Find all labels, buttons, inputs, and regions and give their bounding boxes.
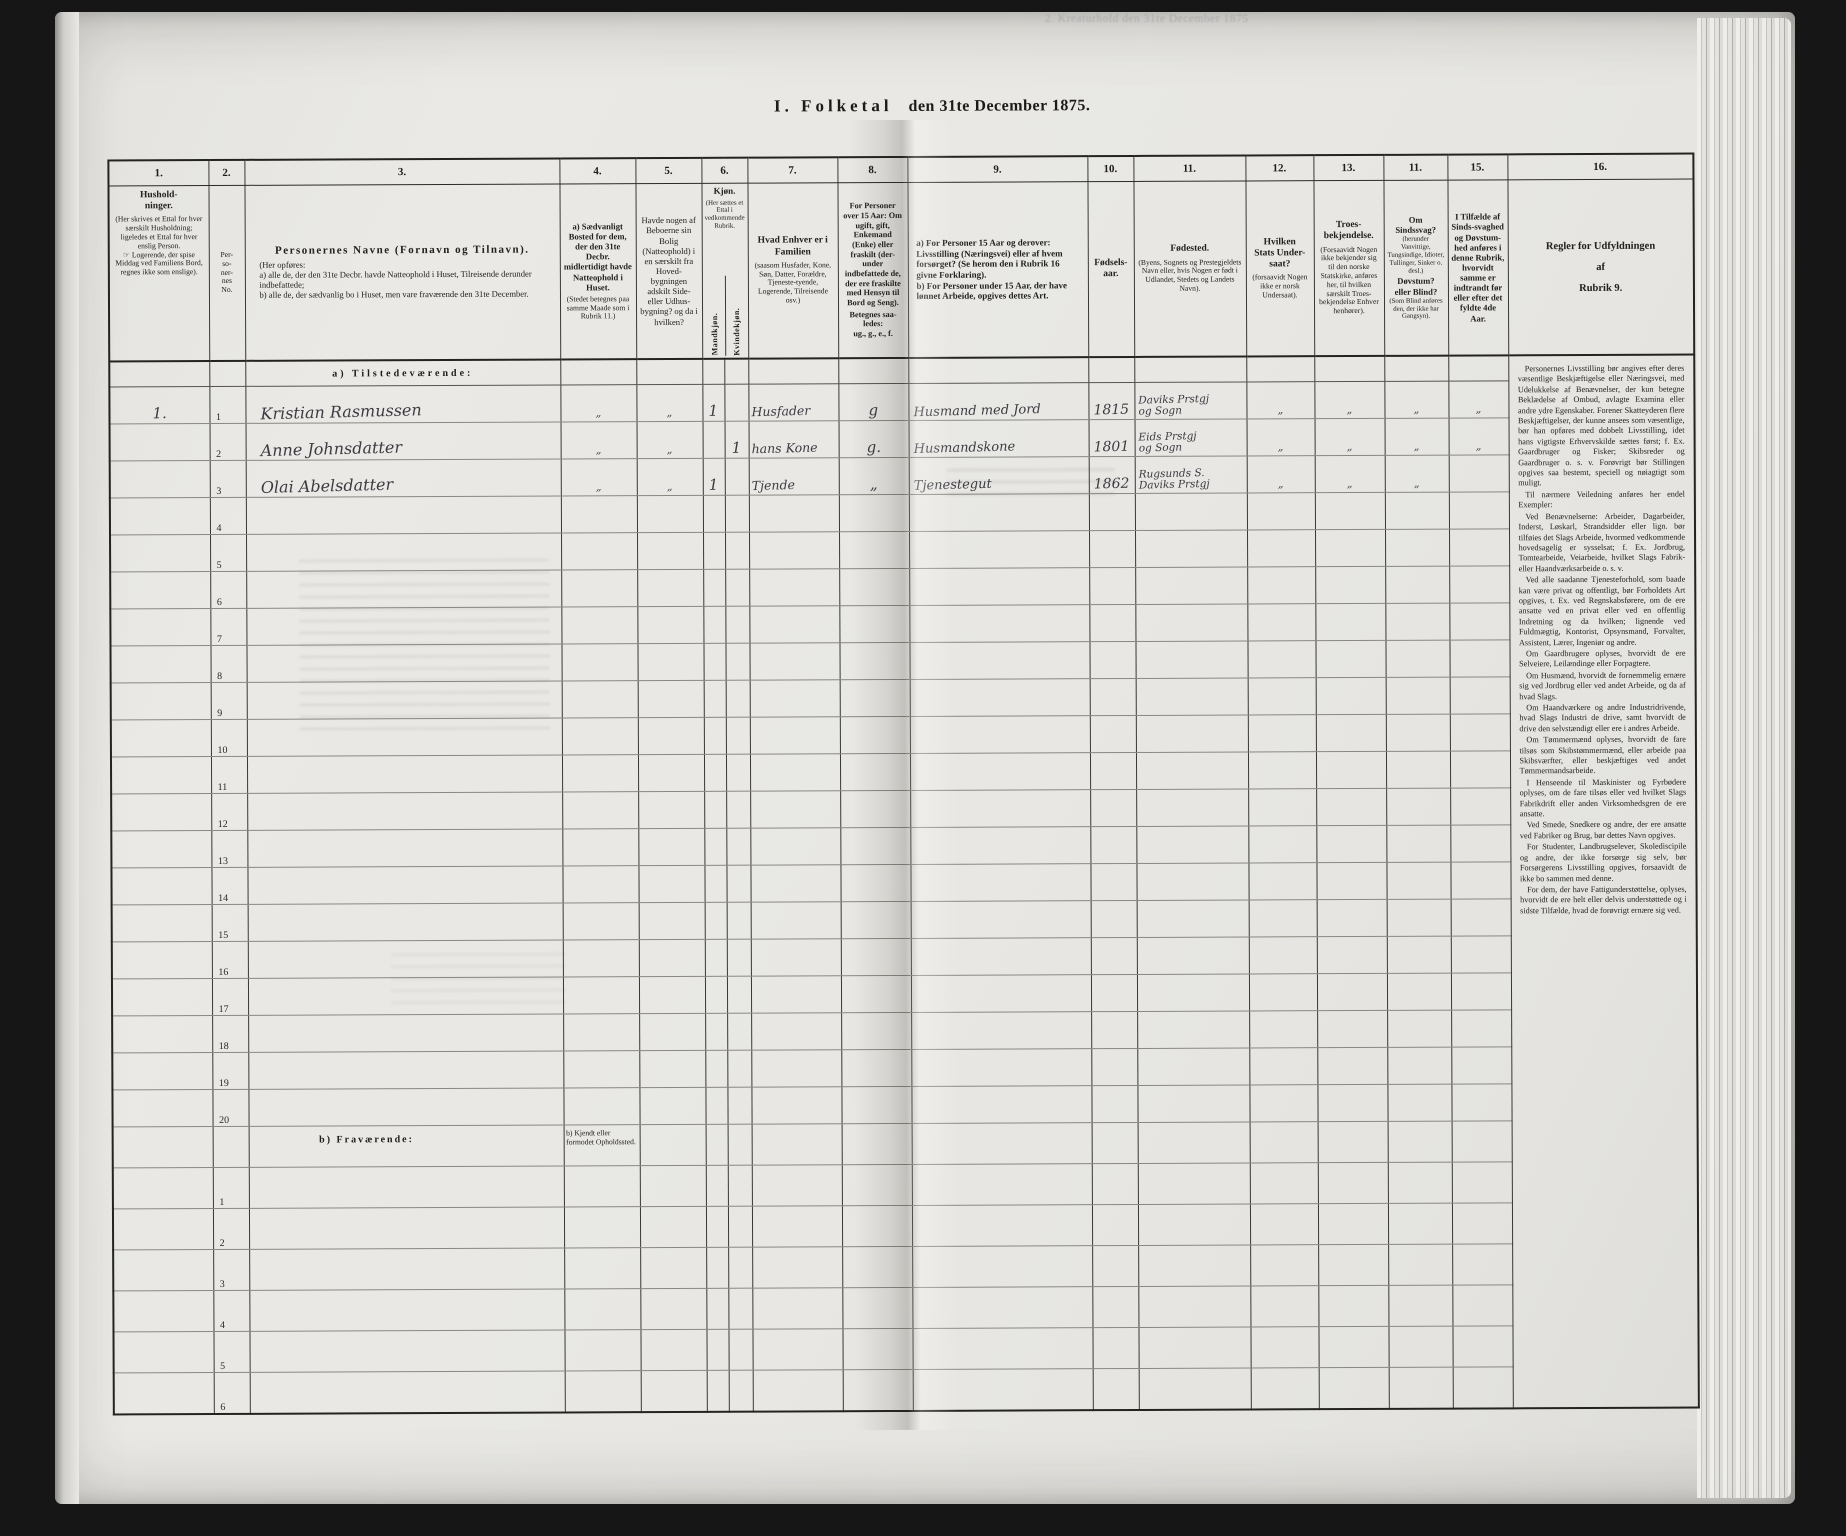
cell-birth-year xyxy=(1090,715,1136,752)
cell-person-no-value: 17 xyxy=(219,1004,229,1015)
cell-outbuilding xyxy=(638,717,704,754)
cell-name xyxy=(249,1207,564,1249)
cell-disability-age-value: „ xyxy=(1475,402,1481,415)
cell-usual-residence xyxy=(562,792,638,829)
cell-disability xyxy=(1387,1010,1451,1047)
cell-creed-value: „ xyxy=(1347,440,1353,453)
cell-disability-age: „ xyxy=(1449,418,1509,455)
cell-female xyxy=(727,939,751,976)
col7-header: Hvad Enhver er i Familien (saasom Husfad… xyxy=(747,183,838,359)
cell-creed: „ xyxy=(1314,381,1384,418)
cell-disability xyxy=(1389,1367,1453,1409)
cell-disability-age xyxy=(1452,1121,1512,1162)
col12-note: (forsaavidt Nogen ikke er norsk Undersaa… xyxy=(1249,273,1310,300)
cell-creed xyxy=(1315,566,1385,603)
cell-birth-year xyxy=(1090,678,1136,715)
cell-citizenship xyxy=(1247,567,1315,604)
rules-column-cell: Personernes Livsstilling bør angives eft… xyxy=(1508,355,1699,1409)
cell-male xyxy=(704,865,726,902)
cell-male xyxy=(704,828,726,865)
cell-person-no-value: 8 xyxy=(217,671,222,682)
rules-paragraph: Ved alle saadanne Tjenesteforhold, som b… xyxy=(1519,575,1686,649)
cell-birth-year xyxy=(1091,1048,1137,1085)
cell-person-no: 3 xyxy=(213,1249,249,1290)
cell-birthplace xyxy=(1135,530,1247,567)
cell-person-no-value: 5 xyxy=(220,1361,225,1372)
cell-birth-year xyxy=(1092,1163,1138,1204)
col2-number: 2. xyxy=(208,160,244,186)
col6-number: 6. xyxy=(701,158,747,184)
cell-household xyxy=(110,609,210,646)
cell-person-no: 15 xyxy=(212,904,248,941)
cell-name xyxy=(247,718,562,756)
cell-female xyxy=(724,384,748,421)
col8-number: 8. xyxy=(837,157,907,183)
cell-household xyxy=(113,1250,213,1291)
col12-header: Hvilken Stats Under- saat? (forsaavidt N… xyxy=(1245,181,1314,357)
cell-marital-status xyxy=(841,938,911,975)
cell-person-no-value: 9 xyxy=(217,708,222,719)
cell-usual-residence xyxy=(563,903,639,940)
cell-citizenship xyxy=(1248,789,1316,826)
cell-household xyxy=(114,1373,214,1415)
cell-name xyxy=(247,755,562,793)
cell-name-value xyxy=(247,639,261,640)
cell-name-value xyxy=(248,861,262,862)
cell-family-position xyxy=(749,569,839,606)
cell-male xyxy=(705,939,727,976)
cell-person-no: 13 xyxy=(211,830,247,867)
page-title-section: I. Folketal xyxy=(774,96,893,117)
cell-occupation xyxy=(909,531,1089,569)
cell-marital-status xyxy=(838,358,908,384)
cell-family-position xyxy=(751,902,841,939)
cell-outbuilding xyxy=(637,643,703,680)
cell-usual-residence xyxy=(563,1051,639,1088)
rules-paragraph: Om Haandværkere og andre Industridrivend… xyxy=(1519,703,1686,735)
rules-paragraph: Ved Benævnelserne: Arbeider, Dagarbeider… xyxy=(1518,511,1685,574)
cell-outbuilding: „ xyxy=(637,421,703,458)
cell-household xyxy=(113,1127,213,1168)
cell-birth-year: 1815 xyxy=(1088,382,1134,419)
cell-person-no xyxy=(209,361,245,387)
cell-marital-status: g. xyxy=(839,420,909,457)
cell-disability-value: „ xyxy=(1414,477,1420,490)
cell-citizenship xyxy=(1250,1163,1318,1204)
cell-outbuilding-value: „ xyxy=(667,480,673,493)
cell-outbuilding xyxy=(637,569,703,606)
cell-name-value xyxy=(249,1046,263,1047)
cell-name-value xyxy=(249,1009,263,1010)
cell-creed xyxy=(1318,1203,1388,1244)
cell-usual-residence xyxy=(565,1371,641,1413)
cell-person-no-value: 4 xyxy=(216,523,221,534)
page-title-date: den 31te December 1875. xyxy=(909,97,1091,116)
cell-birthplace xyxy=(1137,900,1249,937)
cell-outbuilding-value: „ xyxy=(667,443,673,456)
col9-number: 9. xyxy=(907,156,1087,182)
cell-outbuilding xyxy=(637,495,703,532)
scan-content: 2. Kreaturhold den 31te December 1875 I.… xyxy=(0,0,1846,1536)
cell-citizenship xyxy=(1249,974,1317,1011)
cell-birth-year xyxy=(1091,1011,1137,1048)
cell-citizenship xyxy=(1247,604,1315,641)
cell-male xyxy=(706,1329,728,1370)
cell-name-value xyxy=(248,898,262,899)
cell-name xyxy=(250,1371,565,1414)
cell-occupation xyxy=(912,1123,1092,1165)
cell-person-no-value: 11 xyxy=(218,782,228,793)
cell-person-no-value: 1 xyxy=(216,412,221,423)
cell-family-position xyxy=(750,865,840,902)
rules-paragraph: Personernes Livsstilling bør angives eft… xyxy=(1518,364,1685,490)
sex-subcolumns: Mandkjøn. Kvindekjøn. xyxy=(703,234,747,356)
col7-number: 7. xyxy=(747,157,837,183)
cell-disability xyxy=(1387,936,1451,973)
cell-usual-residence xyxy=(563,1014,639,1051)
cell-male xyxy=(704,754,726,791)
cell-marital-status: g xyxy=(838,383,908,420)
cell-birthplace xyxy=(1136,715,1248,752)
cell-marital-status xyxy=(839,531,909,568)
col8-header: For Personer over 15 Aar: Om ugift, gift… xyxy=(837,182,908,358)
cell-family-position xyxy=(751,976,841,1013)
cell-citizenship xyxy=(1248,863,1316,900)
cell-birth-year xyxy=(1091,1085,1137,1122)
cell-disability-value: „ xyxy=(1414,440,1420,453)
cell-disability xyxy=(1386,751,1450,788)
cell-name xyxy=(246,570,561,608)
cell-female xyxy=(726,791,750,828)
cell-name-value: Olai Abelsdatter xyxy=(246,475,393,498)
col11-header: Fødested. (Byens, Sognets og Prestegjeld… xyxy=(1133,181,1246,357)
cell-female xyxy=(725,569,749,606)
rules-paragraph: Om Tømmermænd oplyses, hvorvidt de fare … xyxy=(1519,735,1686,777)
cell-household xyxy=(112,942,212,979)
cell-birthplace xyxy=(1136,789,1248,826)
cell-occupation xyxy=(909,568,1089,606)
cell-birth-year xyxy=(1092,1204,1138,1245)
cell-disability-age xyxy=(1451,1047,1511,1084)
cell-birthplace xyxy=(1138,1204,1250,1245)
cell-marital-status-value: „ xyxy=(870,475,878,493)
cell-name-value xyxy=(247,565,261,566)
rules-paragraph: For Studenter, Landbrugselever, Skoledis… xyxy=(1520,842,1687,884)
cell-usual-residence xyxy=(561,607,637,644)
cell-marital-status xyxy=(839,642,909,679)
col7-title: Hvad Enhver er i Familien xyxy=(751,236,834,259)
col15-number: 15. xyxy=(1447,154,1507,180)
cell-family-position xyxy=(752,1329,842,1370)
cell-creed xyxy=(1317,1010,1387,1047)
cell-female xyxy=(726,754,750,791)
cell-creed xyxy=(1318,1121,1388,1162)
cell-household: 1. xyxy=(109,387,209,424)
cell-household xyxy=(111,683,211,720)
cell-name xyxy=(246,533,561,571)
cell-name xyxy=(248,1088,563,1126)
cell-name xyxy=(247,792,562,830)
cell-family-position xyxy=(749,643,839,680)
cell-marital-status xyxy=(840,716,910,753)
cell-household xyxy=(113,1291,213,1332)
cell-female xyxy=(728,1247,752,1288)
cell-person-no: 10 xyxy=(211,719,247,756)
cell-birth-year xyxy=(1091,900,1137,937)
cell-birth-year xyxy=(1091,974,1137,1011)
col1-number: 1. xyxy=(108,160,208,186)
cell-occupation xyxy=(910,864,1090,902)
cell-male xyxy=(703,532,725,569)
col11-title: Fødested. xyxy=(1137,244,1242,256)
cell-person-no: 1 xyxy=(209,386,245,423)
cell-disability-age xyxy=(1453,1367,1513,1409)
cell-outbuilding xyxy=(638,791,704,828)
cell-usual-residence: b) Kjendt eller formodet Opholdssted. xyxy=(564,1125,640,1166)
col13-title: Troes- bekjendelse. xyxy=(1317,220,1380,243)
cell-household xyxy=(111,757,211,794)
cell-occupation xyxy=(909,642,1089,680)
cell-male xyxy=(705,1013,727,1050)
rules-paragraph: Ved Smede, Snedkere og andre, der ere an… xyxy=(1520,820,1687,842)
cell-person-no: 5 xyxy=(213,1331,249,1372)
cell-usual-residence: „ xyxy=(560,385,636,422)
cell-family-position xyxy=(750,754,840,791)
cell-usual-residence-value: „ xyxy=(596,480,602,493)
cell-male xyxy=(703,643,725,680)
cell-male xyxy=(705,902,727,939)
cell-person-no: 8 xyxy=(210,645,246,682)
cell-creed xyxy=(1318,1326,1388,1367)
cell-name xyxy=(246,644,561,682)
col6-note: (Her sættes et Ettal i vedkommende Rubri… xyxy=(703,199,746,231)
cell-female xyxy=(726,680,750,717)
cell-outbuilding xyxy=(639,1013,705,1050)
cell-birth-year xyxy=(1089,641,1135,678)
section-label-cell-value: b) Fraværende: xyxy=(249,1125,563,1145)
col1-header: Hushold- ninger. (Her skrives et Ettal f… xyxy=(108,186,209,362)
cell-citizenship xyxy=(1250,1122,1318,1163)
cell-person-no-value: 20 xyxy=(219,1115,229,1126)
col1-note: (Her skrives et Ettal for hver særskilt … xyxy=(113,215,206,277)
table-row: 2 xyxy=(113,1202,1698,1250)
table-row: 1 xyxy=(113,1161,1698,1209)
cell-disability xyxy=(1387,1047,1451,1084)
rules-paragraph: Til nærmere Veiledning anføres her endel… xyxy=(1518,489,1685,511)
cell-birthplace xyxy=(1136,678,1248,715)
cell-person-no: 3 xyxy=(210,460,246,497)
cell-male xyxy=(702,359,724,385)
cell-marital-status xyxy=(841,1049,911,1086)
cell-creed xyxy=(1317,899,1387,936)
cell-male xyxy=(706,1124,728,1165)
cell-family-position-value: Husfader xyxy=(749,403,810,420)
cell-female xyxy=(725,495,749,532)
cell-birthplace xyxy=(1139,1368,1251,1410)
cell-citizenship xyxy=(1248,826,1316,863)
cell-disability-age xyxy=(1452,1162,1512,1203)
cell-occupation xyxy=(912,1205,1092,1247)
rules-paragraph: For dem, der have Fattigunderstøttelse, … xyxy=(1520,884,1687,916)
cell-birth-year xyxy=(1090,863,1136,900)
cell-usual-residence xyxy=(562,718,638,755)
cell-birthplace xyxy=(1136,826,1248,863)
cell-occupation xyxy=(908,357,1088,383)
cell-creed xyxy=(1315,603,1385,640)
cell-person-no-value: 2 xyxy=(216,449,221,460)
cell-name xyxy=(248,1014,563,1052)
cell-birth-year-value: 1815 xyxy=(1093,402,1129,419)
cell-birth-year xyxy=(1089,604,1135,641)
cell-household xyxy=(110,498,210,535)
cell-birth-year xyxy=(1092,1327,1138,1368)
cell-male xyxy=(704,717,726,754)
cell-usual-residence: „ xyxy=(561,459,637,496)
cell-outbuilding xyxy=(641,1370,707,1412)
cell-birthplace xyxy=(1137,1048,1249,1085)
cell-occupation xyxy=(910,753,1090,791)
cell-male xyxy=(707,1370,729,1412)
cell-birth-year xyxy=(1090,826,1136,863)
cell-person-no xyxy=(213,1126,249,1167)
cell-household xyxy=(112,905,212,942)
cell-disability xyxy=(1387,899,1451,936)
cell-birthplace xyxy=(1138,1163,1250,1204)
col16-header: Regler for Udfyldningen af Rubrik 9. xyxy=(1507,179,1694,355)
cell-household xyxy=(110,461,210,498)
cell-name-value xyxy=(248,972,262,973)
cell-female xyxy=(728,1165,752,1206)
cell-usual-residence-value: b) Kjendt eller formodet Opholdssted. xyxy=(564,1125,639,1151)
cell-female xyxy=(728,1124,752,1165)
cell-outbuilding xyxy=(637,532,703,569)
cell-birth-year xyxy=(1089,530,1135,567)
cell-name-value xyxy=(247,713,261,714)
cell-family-position xyxy=(753,1370,843,1412)
cell-marital-status xyxy=(843,1369,913,1411)
cell-male xyxy=(704,791,726,828)
cell-usual-residence xyxy=(561,644,637,681)
cell-disability-age: „ xyxy=(1448,381,1508,418)
cell-citizenship xyxy=(1249,1011,1317,1048)
cell-outbuilding xyxy=(639,976,705,1013)
cell-family-position xyxy=(749,532,839,569)
cell-disability-age xyxy=(1449,529,1509,566)
cell-occupation xyxy=(911,1012,1091,1050)
cell-female xyxy=(728,1288,752,1329)
cell-usual-residence-value: „ xyxy=(595,406,601,419)
col3-title: Personernes Navne (Fornavn og Tilnavn). xyxy=(259,244,545,258)
cell-person-no-value: 14 xyxy=(218,893,228,904)
cell-outbuilding xyxy=(639,1087,705,1124)
cell-person-no-value: 15 xyxy=(218,930,228,941)
cell-marital-status xyxy=(840,827,910,864)
cell-marital-status xyxy=(839,568,909,605)
cell-outbuilding xyxy=(638,754,704,791)
cell-marital-status-value: g xyxy=(868,401,878,419)
cell-marital-status xyxy=(841,1086,911,1123)
cell-name: Anne Johnsdatter xyxy=(246,422,561,460)
cell-person-no: 9 xyxy=(211,682,247,719)
cell-outbuilding xyxy=(639,939,705,976)
cell-female xyxy=(725,606,749,643)
cell-female xyxy=(727,1013,751,1050)
cell-occupation xyxy=(912,1164,1092,1206)
cell-family-position xyxy=(752,1206,842,1247)
cell-name-value xyxy=(249,1083,263,1084)
cell-male xyxy=(705,976,727,1013)
cell-male-value: 1 xyxy=(709,476,719,494)
cell-disability xyxy=(1388,1203,1452,1244)
cell-female xyxy=(724,359,748,385)
female-column-label: Kvindekjøn. xyxy=(732,308,741,356)
cell-disability xyxy=(1385,529,1449,566)
cell-person-no-value: 18 xyxy=(219,1041,229,1052)
cell-person-no-value: 3 xyxy=(216,486,221,497)
cell-marital-status xyxy=(842,1328,912,1369)
cell-person-no-value: 6 xyxy=(217,597,222,608)
cell-female xyxy=(726,828,750,865)
cell-birthplace-value: Eids Prstgj og Sogn xyxy=(1135,431,1197,455)
cell-birth-year xyxy=(1090,752,1136,789)
cell-creed-value: „ xyxy=(1346,403,1352,416)
cell-male xyxy=(705,1050,727,1087)
cell-person-no: 18 xyxy=(212,1015,248,1052)
col14-note2: (Som Blind anføres den, der ikke har Gan… xyxy=(1387,297,1444,321)
cell-male xyxy=(706,1165,728,1206)
section-label-cell: a) Tilstedeværende: xyxy=(245,359,560,386)
cell-occupation xyxy=(910,790,1090,828)
census-table-wrap: 1. 2. 3. 4. 5. 6. 7. 8. 9. 10. 11. 12. 1… xyxy=(107,153,1699,1416)
table-row: 3 xyxy=(113,1243,1698,1291)
cell-occupation xyxy=(912,1246,1092,1288)
cell-person-no: 6 xyxy=(214,1372,250,1414)
cell-usual-residence: „ xyxy=(561,422,637,459)
male-column-label: Mandkjøn. xyxy=(710,313,719,356)
cell-creed xyxy=(1318,1285,1388,1326)
cell-creed: „ xyxy=(1315,455,1385,492)
cell-usual-residence xyxy=(564,1207,640,1248)
cell-female xyxy=(725,643,749,680)
cell-birthplace xyxy=(1138,1327,1250,1368)
cell-creed xyxy=(1317,1047,1387,1084)
col14-note: (herunder Vanvittige, Tungsindige, Idiot… xyxy=(1387,236,1444,276)
cell-marital-status xyxy=(840,679,910,716)
column-header-row: Hushold- ninger. (Her skrives et Ettal f… xyxy=(108,179,1694,361)
cell-disability-age xyxy=(1449,640,1509,677)
cell-birthplace xyxy=(1137,937,1249,974)
cell-outbuilding xyxy=(640,1206,706,1247)
cell-name xyxy=(247,681,562,719)
cell-usual-residence xyxy=(562,829,638,866)
cell-citizenship xyxy=(1250,1286,1318,1327)
cell-occupation xyxy=(911,1086,1091,1124)
cell-usual-residence xyxy=(563,1088,639,1125)
cell-citizenship xyxy=(1248,678,1316,715)
col10-header: Fødsels- aar. xyxy=(1087,181,1134,357)
cell-household xyxy=(111,794,211,831)
col15-header: I Tilfælde af Sinds-svaghed og Døvstum-h… xyxy=(1447,180,1508,356)
cell-occupation xyxy=(910,716,1090,754)
cell-household xyxy=(111,831,211,868)
cell-name xyxy=(249,1248,564,1290)
cell-household xyxy=(111,868,211,905)
col4-header: a) Sædvanligt Bosted for dem, der den 31… xyxy=(559,184,636,360)
cell-citizenship xyxy=(1249,937,1317,974)
col14-title2: Døvstum? eller Blind? xyxy=(1387,276,1444,297)
cell-usual-residence xyxy=(562,866,638,903)
cell-disability-age xyxy=(1449,603,1509,640)
